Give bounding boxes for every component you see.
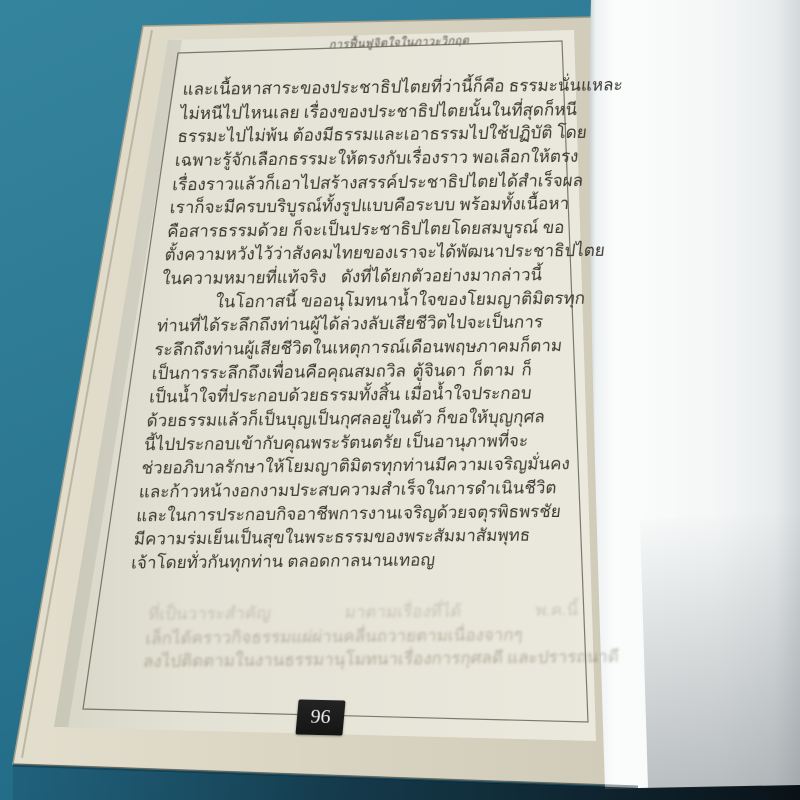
photo-open-book: { "book": { "running_head": "การฟื้นฟูจิ…: [0, 0, 800, 800]
page-body-text: และเนื้อหาสาระของประชาธิปไตยที่ว่านี้ก็ค…: [130, 74, 564, 575]
paragraph: ในโอกาสนี้ ขออนุโมทนาน้ำใจของโยมญาติมิตร…: [130, 287, 541, 575]
text-line: และเนื้อหาสาระของประชาธิปไตยที่ว่านี้ก็ค…: [181, 74, 564, 102]
paragraph: และเนื้อหาสาระของประชาธิปไตยที่ว่านี้ก็ค…: [161, 74, 564, 291]
text-line: มีความร่มเย็นเป็นสุขในพระธรรมของพระสัมมา…: [133, 524, 516, 552]
text-line: เฉพาะรู้จักเลือกธรรมะให้ตรงกับเรื่องราว …: [174, 145, 557, 173]
text-line: ระลึกถึงท่านผู้เสียชีวิตในเหตุการณ์เดือน…: [153, 334, 536, 362]
text-line: และก้าวหน้างอกงามประสบความสำเร็จในการดำเ…: [138, 476, 521, 504]
right-page-corner-shadow: [640, 510, 800, 788]
text-line: ด้วยธรรมแล้วก็เป็นบุญเป็นกุศลอยู่ในตัว ก…: [145, 405, 528, 433]
page-number: 96: [309, 706, 331, 729]
page-number-box: 96: [295, 700, 345, 736]
text-line: เจ้าโดยทั่วกันทุกท่าน ตลอดกาลนานเทอญ: [130, 547, 513, 575]
